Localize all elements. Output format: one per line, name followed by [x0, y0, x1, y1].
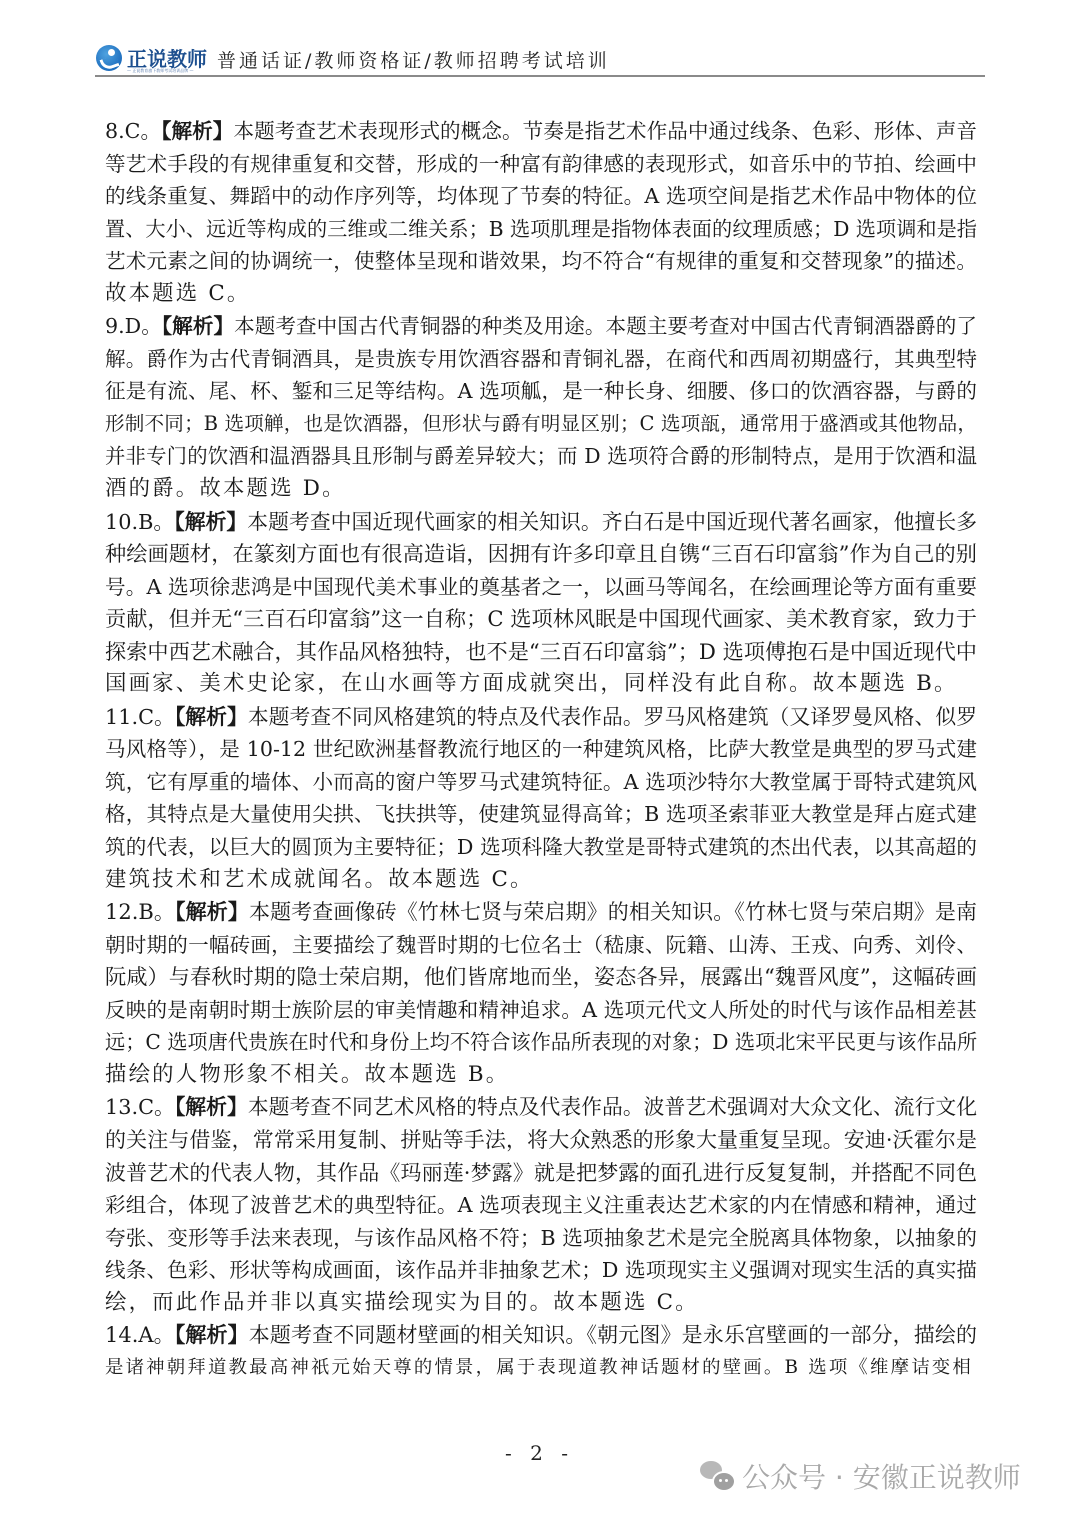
answer-item: 8.C。【解析】本题考查艺术表现形式的概念。节奏是指艺术作品中通过线条、色彩、形…: [105, 115, 977, 310]
answer-text: 征是有流、尾、杯、錾和三足等结构。A 选项觚，是一种长身、细腰、侈口的饮酒容器，…: [105, 379, 977, 403]
answer-text: 并非专门的饮酒和温酒器具且形制与爵差异较大；而 D 选项符合爵的形制特点，是用于…: [105, 444, 977, 468]
answer-text: 反映的是南朝时期士族阶层的审美情趣和精神追求。A 选项元代文人所处的时代与该作品…: [105, 998, 977, 1022]
text-line: 号。A 选项徐悲鸿是中国现代美术事业的奠基者之一，以画马等闻名，在绘画理论等方面…: [105, 571, 977, 604]
text-line: 13.C。【解析】本题考查不同艺术风格的特点及代表作品。波普艺术强调对大众文化、…: [105, 1091, 977, 1124]
answer-text: 形制不同；B 选项觯，也是饮酒器，但形状与爵有明显区别；C 选项瓿，通常用于盛酒…: [105, 412, 977, 435]
text-line: 建筑技术和艺术成就闻名。故本题选 C。: [105, 864, 977, 897]
text-line: 种绘画题材，在篆刻方面也有很高造诣，因拥有许多印章且自镌“三百石印富翁”作为自己…: [105, 538, 977, 571]
text-line: 是诸神朝拜道教最高神祇元始天尊的情景，属于表现道教神话题材的壁画。B 选项《维摩…: [105, 1352, 977, 1385]
text-line: 故本题选 C。: [105, 278, 977, 311]
text-line: 波普艺术的代表人物，其作品《玛丽莲·梦露》就是把梦露的面孔进行反复复制，并搭配不…: [105, 1157, 977, 1190]
answer-text: 格，其特点是大量使用尖拱、飞扶拱等，使建筑显得高耸；B 选项圣索菲亚大教堂是拜占…: [105, 802, 977, 826]
answer-number: 12.B。: [105, 900, 175, 924]
text-line: 并非专门的饮酒和温酒器具且形制与爵差异较大；而 D 选项符合爵的形制特点，是用于…: [105, 440, 977, 473]
text-line: 置、大小、远近等构成的三维或二维关系；B 选项肌理是指物体表面的纹理质感；D 选…: [105, 213, 977, 246]
answer-item: 10.B。【解析】本题考查中国近现代画家的相关知识。齐白石是中国近现代著名画家，…: [105, 506, 977, 701]
answer-text: 是诸神朝拜道教最高神祇元始天尊的情景，属于表现道教神话题材的壁画。B 选项《维摩…: [105, 1357, 973, 1378]
text-line: 夸张、变形等手法来表现，与该作品风格不符；B 选项抽象艺术是完全脱离具体物象，以…: [105, 1222, 977, 1255]
answer-text: 建筑技术和艺术成就闻名。故本题选 C。: [105, 867, 534, 892]
answer-text: 等艺术手段的有规律重复和交替，形成的一种富有韵律感的表现形式，如音乐中的节拍、绘…: [105, 152, 977, 176]
text-line: 远；C 选项唐代贵族在时代和身份上均不符合该作品所表现的对象；D 选项北宋平民更…: [105, 1026, 977, 1059]
text-line: 的线条重复、舞蹈中的动作序列等，均体现了节奏的特征。A 选项空间是指艺术作品中物…: [105, 180, 977, 213]
wechat-icon: [700, 1461, 734, 1491]
page-number: - 2 -: [505, 1441, 574, 1465]
answer-item: 12.B。【解析】本题考查画像砖《竹林七贤与荣启期》的相关知识。《竹林七贤与荣启…: [105, 896, 977, 1091]
text-line: 马风格等），是 10-12 世纪欧洲基督教流行地区的一种建筑风格，比萨大教堂是典…: [105, 733, 977, 766]
text-line: 9.D。【解析】本题考查中国古代青铜器的种类及用途。本题主要考查对中国古代青铜酒…: [105, 310, 977, 343]
answer-text: 彩组合，体现了波普艺术的典型特征。A 选项表现主义注重表达艺术家的内在情感和精神…: [105, 1193, 977, 1217]
text-line: 12.B。【解析】本题考查画像砖《竹林七贤与荣启期》的相关知识。《竹林七贤与荣启…: [105, 896, 977, 929]
answer-text: 线条、色彩、形状等构成画面，该作品并非抽象艺术；D 选项现实主义强调对现实生活的…: [105, 1258, 977, 1282]
text-line: 朝时期的一幅砖画，主要描绘了魏晋时期的七位名士（嵇康、阮籍、山涛、王戎、向秀、刘…: [105, 929, 977, 962]
answer-text: 本题考查画像砖《竹林七贤与荣启期》的相关知识。《竹林七贤与荣启期》是南: [249, 900, 977, 924]
text-line: 筑，它有厚重的墙体、小而高的窗户等罗马式建筑特征。A 选项沙特尔大教堂属于哥特式…: [105, 766, 977, 799]
text-line: 10.B。【解析】本题考查中国近现代画家的相关知识。齐白石是中国近现代著名画家，…: [105, 506, 977, 539]
text-line: 酒的爵。故本题选 D。: [105, 473, 977, 506]
text-line: 筑的代表，以巨大的圆顶为主要特征；D 选项科隆大教堂是哥特式建筑的杰出代表，以其…: [105, 831, 977, 864]
text-line: 的关注与借鉴，常常采用复制、拼贴等手法，将大众熟悉的形象大量重复呈现。安迪·沃霍…: [105, 1124, 977, 1157]
answer-number: 8.C。: [105, 119, 161, 143]
analysis-label: 【解析】: [162, 314, 234, 338]
answer-text: 描绘的人物形象不相关。故本题选 B。: [105, 1062, 509, 1087]
answer-text: 筑，它有厚重的墙体、小而高的窗户等罗马式建筑特征。A 选项沙特尔大教堂属于哥特式…: [105, 770, 977, 794]
answer-item: 11.C。【解析】本题考查不同风格建筑的特点及代表作品。罗马风格建筑（又译罗曼风…: [105, 701, 977, 896]
answer-text: 本题考查不同艺术风格的特点及代表作品。波普艺术强调对大众文化、流行文化: [248, 1095, 977, 1119]
watermark: 公众号 · 安徽正说教师: [700, 1456, 1021, 1496]
text-line: 格，其特点是大量使用尖拱、飞扶拱等，使建筑显得高耸；B 选项圣索菲亚大教堂是拜占…: [105, 798, 977, 831]
analysis-label: 【解析】: [175, 1095, 248, 1119]
answer-text: 种绘画题材，在篆刻方面也有很高造诣，因拥有许多印章且自镌“三百石印富翁”作为自己…: [105, 541, 977, 566]
text-line: 解。爵作为古代青铜酒具，是贵族专用饮酒容器和青铜礼器，在商代和西周初期盛行，其典…: [105, 343, 977, 376]
text-line: 11.C。【解析】本题考查不同风格建筑的特点及代表作品。罗马风格建筑（又译罗曼风…: [105, 701, 977, 734]
answer-text: 酒的爵。故本题选 D。: [105, 476, 346, 501]
answer-item: 14.A。【解析】本题考查不同题材壁画的相关知识。《朝元图》是永乐宫壁画的一部分…: [105, 1319, 977, 1384]
analysis-label: 【解析】: [175, 1323, 249, 1347]
text-line: 8.C。【解析】本题考查艺术表现形式的概念。节奏是指艺术作品中通过线条、色彩、形…: [105, 115, 977, 148]
answer-number: 10.B。: [105, 510, 174, 534]
analysis-label: 【解析】: [175, 900, 249, 924]
watermark-text: 公众号 · 安徽正说教师: [742, 1456, 1021, 1496]
text-line: 国画家、美术史论家，在山水画等方面成就突出，同样没有此自称。故本题选 B。: [105, 668, 977, 701]
brand-logo-icon: [96, 45, 122, 71]
answer-item: 9.D。【解析】本题考查中国古代青铜器的种类及用途。本题主要考查对中国古代青铜酒…: [105, 310, 977, 505]
answer-text: 本题考查不同题材壁画的相关知识。《朝元图》是永乐宫壁画的一部分，描绘的: [249, 1323, 977, 1347]
answer-text: 艺术元素之间的协调统一，使整体呈现和谐效果，均不符合“有规律的重复和交替现象”的…: [105, 249, 977, 273]
text-line: 形制不同；B 选项觯，也是饮酒器，但形状与爵有明显区别；C 选项瓿，通常用于盛酒…: [105, 408, 977, 441]
text-line: 绘，而此作品并非以真实描绘现实为目的。故本题选 C。: [105, 1287, 977, 1320]
answer-text: 探索中西艺术融合，其作品风格独特，也不是“三百石印富翁”；D 选项傅抱石是中国近…: [105, 639, 977, 664]
answer-text: 置、大小、远近等构成的三维或二维关系；B 选项肌理是指物体表面的纹理质感；D 选…: [105, 217, 977, 241]
text-line: 彩组合，体现了波普艺术的典型特征。A 选项表现主义注重表达艺术家的内在情感和精神…: [105, 1189, 977, 1222]
brand-logo: 正说教师 — 正说教育旗下教师考试培训品牌 —: [95, 42, 215, 76]
answer-text: 绘，而此作品并非以真实描绘现实为目的。故本题选 C。: [105, 1290, 699, 1315]
answer-text: 国画家、美术史论家，在山水画等方面成就突出，同样没有此自称。故本题选 B。: [105, 671, 958, 696]
text-line: 探索中西艺术融合，其作品风格独特，也不是“三百石印富翁”；D 选项傅抱石是中国近…: [105, 636, 977, 669]
answer-item: 13.C。【解析】本题考查不同艺术风格的特点及代表作品。波普艺术强调对大众文化、…: [105, 1091, 977, 1319]
text-line: 征是有流、尾、杯、錾和三足等结构。A 选项觚，是一种长身、细腰、侈口的饮酒容器，…: [105, 375, 977, 408]
analysis-label: 【解析】: [161, 119, 233, 143]
answer-text: 本题考查中国近现代画家的相关知识。齐白石是中国近现代著名画家，他擅长多: [247, 510, 977, 534]
answer-text: 马风格等），是 10-12 世纪欧洲基督教流行地区的一种建筑风格，比萨大教堂是典…: [105, 737, 977, 761]
text-line: 贡献，但并无“三百石印富翁”这一自称；C 选项林风眠是中国现代画家、美术教育家，…: [105, 603, 977, 636]
answer-number: 14.A。: [105, 1323, 175, 1347]
header-title: 普通话证/教师资格证/教师招聘考试培训: [217, 46, 610, 73]
answer-text: 夸张、变形等手法来表现，与该作品风格不符；B 选项抽象艺术是完全脱离具体物象，以…: [105, 1226, 977, 1250]
answer-text: 筑的代表，以巨大的圆顶为主要特征；D 选项科隆大教堂是哥特式建筑的杰出代表，以其…: [105, 835, 977, 859]
answer-text: 解。爵作为古代青铜酒具，是贵族专用饮酒容器和青铜礼器，在商代和西周初期盛行，其典…: [105, 347, 977, 371]
brand-subtitle: — 正说教育旗下教师考试培训品牌 —: [127, 68, 194, 74]
answer-number: 9.D。: [105, 314, 162, 338]
answer-text: 的线条重复、舞蹈中的动作序列等，均体现了节奏的特征。A 选项空间是指艺术作品中物…: [105, 184, 977, 208]
answer-number: 13.C。: [105, 1095, 175, 1119]
answer-text: 远；C 选项唐代贵族在时代和身份上均不符合该作品所表现的对象；D 选项北宋平民更…: [105, 1030, 977, 1054]
text-line: 反映的是南朝时期士族阶层的审美情趣和精神追求。A 选项元代文人所处的时代与该作品…: [105, 994, 977, 1027]
answer-text: 的关注与借鉴，常常采用复制、拼贴等手法，将大众熟悉的形象大量重复呈现。安迪·沃霍…: [105, 1128, 977, 1152]
answer-number: 11.C。: [105, 705, 175, 729]
text-line: 14.A。【解析】本题考查不同题材壁画的相关知识。《朝元图》是永乐宫壁画的一部分…: [105, 1319, 977, 1352]
answer-text: 本题考查中国古代青铜器的种类及用途。本题主要考查对中国古代青铜酒器爵的了: [234, 314, 977, 338]
answer-text: 贡献，但并无“三百石印富翁”这一自称；C 选项林风眠是中国现代画家、美术教育家，…: [105, 606, 977, 631]
text-line: 阮咸）与春秋时期的隐士荣启期，他们皆席地而坐，姿态各异，展露出“魏晋风度”，这幅…: [105, 961, 977, 994]
text-line: 艺术元素之间的协调统一，使整体呈现和谐效果，均不符合“有规律的重复和交替现象”的…: [105, 245, 977, 278]
analysis-label: 【解析】: [174, 510, 247, 534]
answer-text: 阮咸）与春秋时期的隐士荣启期，他们皆席地而坐，姿态各异，展露出“魏晋风度”，这幅…: [105, 964, 977, 989]
answer-text: 号。A 选项徐悲鸿是中国现代美术事业的奠基者之一，以画马等闻名，在绘画理论等方面…: [105, 575, 977, 599]
text-line: 线条、色彩、形状等构成画面，该作品并非抽象艺术；D 选项现实主义强调对现实生活的…: [105, 1254, 977, 1287]
page-header: 正说教师 — 正说教育旗下教师考试培训品牌 — 普通话证/教师资格证/教师招聘考…: [95, 42, 985, 78]
analysis-label: 【解析】: [175, 705, 248, 729]
answer-text: 朝时期的一幅砖画，主要描绘了魏晋时期的七位名士（嵇康、阮籍、山涛、王戎、向秀、刘…: [105, 933, 977, 957]
text-line: 等艺术手段的有规律重复和交替，形成的一种富有韵律感的表现形式，如音乐中的节拍、绘…: [105, 148, 977, 181]
answer-text: 波普艺术的代表人物，其作品《玛丽莲·梦露》就是把梦露的面孔进行反复复制，并搭配不…: [105, 1161, 977, 1185]
answer-text: 故本题选 C。: [105, 281, 251, 306]
text-line: 描绘的人物形象不相关。故本题选 B。: [105, 1059, 977, 1092]
answer-text: 本题考查艺术表现形式的概念。节奏是指艺术作品中通过线条、色彩、形体、声音: [233, 119, 977, 143]
answer-text: 本题考查不同风格建筑的特点及代表作品。罗马风格建筑（又译罗曼风格、似罗: [248, 705, 977, 729]
header-divider: [95, 75, 985, 77]
answer-explanations: 8.C。【解析】本题考查艺术表现形式的概念。节奏是指艺术作品中通过线条、色彩、形…: [105, 115, 977, 1384]
